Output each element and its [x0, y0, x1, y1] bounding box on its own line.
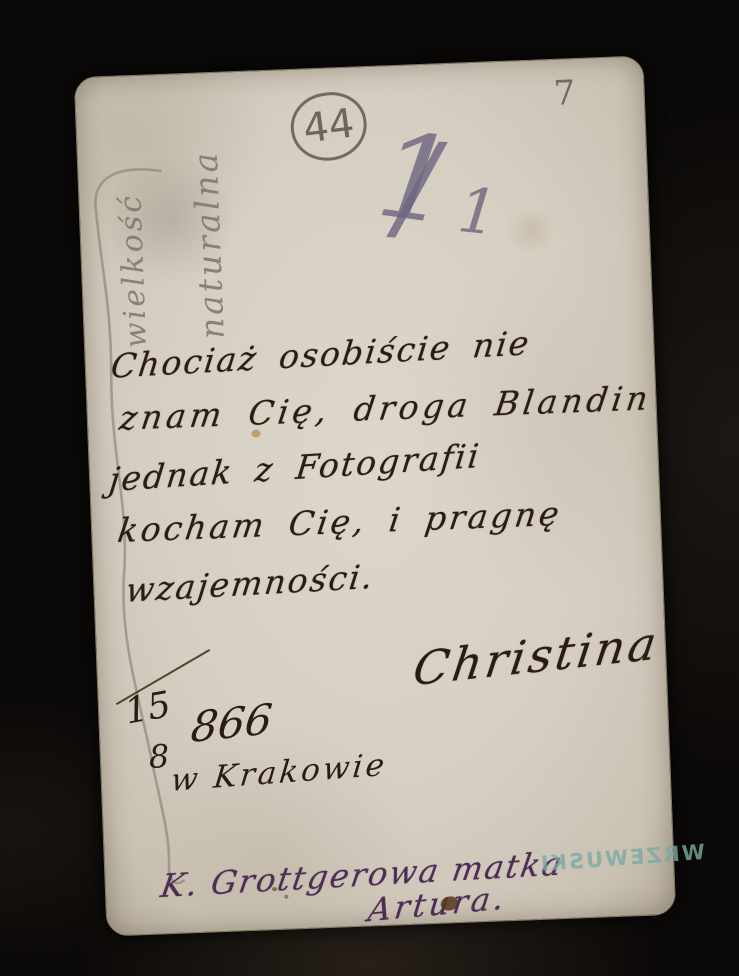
- date-day: 15: [122, 684, 174, 732]
- plate-mark-slash: /: [395, 117, 439, 256]
- corner-page-number: 7: [553, 73, 576, 114]
- plate-mark-small-one: 1: [455, 173, 502, 250]
- circled-number-text: 44: [301, 100, 357, 152]
- date-year: 866: [189, 694, 275, 752]
- carte-de-visite-back: wielkość naturalna 44 1 / 1 7 Chociaż os…: [74, 55, 677, 936]
- date-month: 8: [148, 737, 170, 776]
